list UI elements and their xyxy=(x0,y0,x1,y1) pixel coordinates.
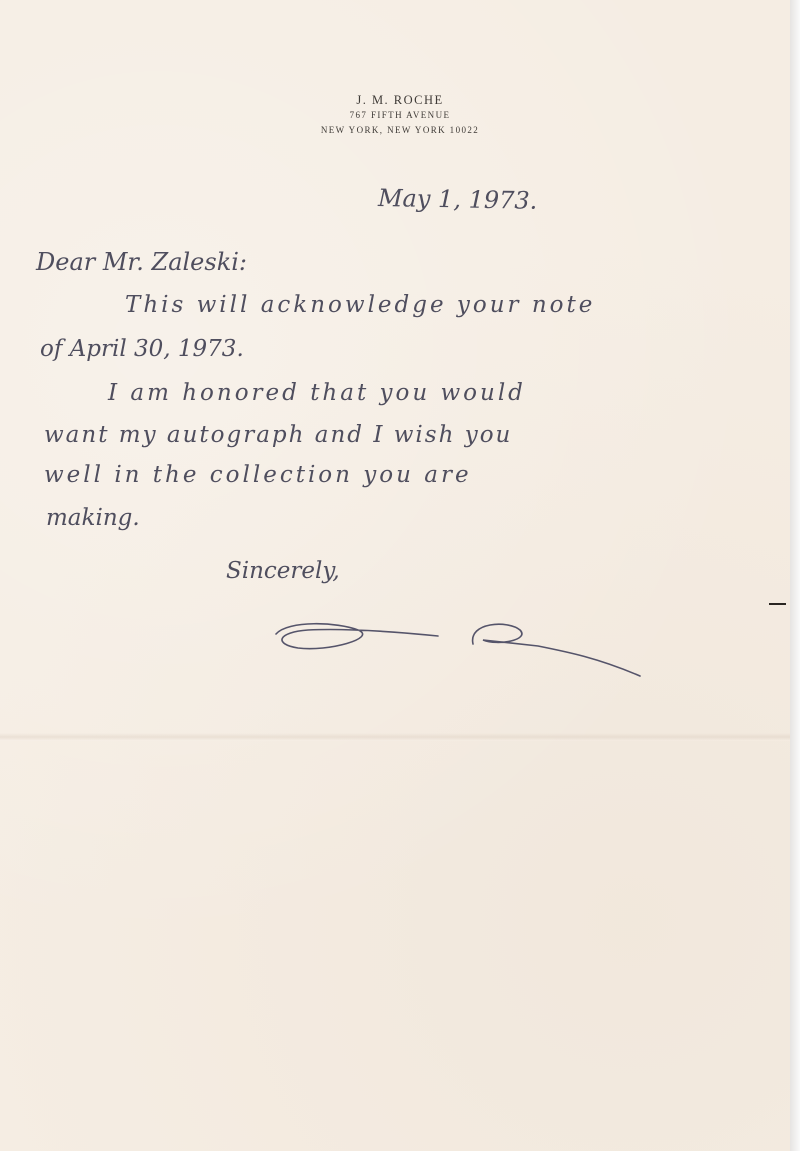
letter-date: May 1, 1973. xyxy=(378,184,538,215)
letterhead: J. M. ROCHE 767 FIFTH AVENUE NEW YORK, N… xyxy=(250,92,550,138)
body-line: I am honored that you would xyxy=(108,380,526,406)
body-line: making. xyxy=(46,505,140,531)
letterhead-street: 767 FIFTH AVENUE xyxy=(250,108,550,123)
letterhead-name: J. M. ROCHE xyxy=(250,92,550,108)
body-line: This will acknowledge your note xyxy=(125,292,595,318)
letterhead-city: NEW YORK, NEW YORK 10022 xyxy=(250,123,550,138)
letter-salutation: Dear Mr. Zaleski: xyxy=(36,248,247,276)
body-line: well in the collection you are xyxy=(44,462,472,488)
paper-fold-line xyxy=(0,733,790,741)
letter-paper: J. M. ROCHE 767 FIFTH AVENUE NEW YORK, N… xyxy=(0,0,790,1151)
body-line: want my autograph and I wish you xyxy=(44,422,512,448)
letter-closing: Sincerely, xyxy=(226,558,340,584)
fold-mark xyxy=(769,603,786,605)
scan-edge xyxy=(790,0,800,1151)
signature: Jim M. Roche xyxy=(268,612,648,684)
body-line: of April 30, 1973. xyxy=(40,336,244,362)
